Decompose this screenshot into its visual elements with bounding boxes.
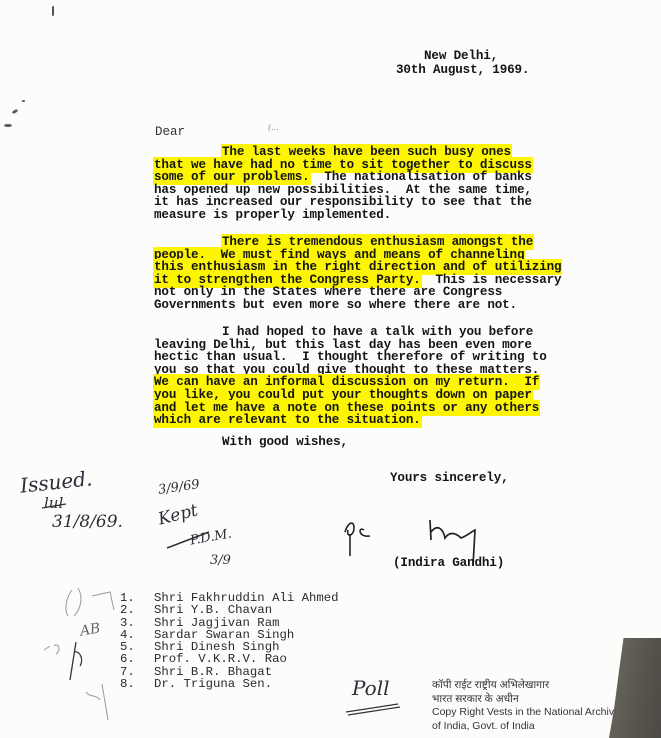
stamp-line-1: कॉपी राईट राष्ट्रीय अभिलेखागार xyxy=(432,679,625,693)
scan-speck xyxy=(4,124,12,127)
signatory-name: (Indira Gandhi) xyxy=(393,557,504,570)
salutation-mark: (... xyxy=(268,123,279,132)
recipient-number: 8. xyxy=(120,678,154,690)
stamp-line-4: of India, Govt. of India xyxy=(432,720,625,734)
recipient-list: 1.Shri Fakhruddin Ali Ahmed2.Shri Y.B. C… xyxy=(120,592,338,690)
paragraph-2: There is tremendous enthusiasm amongst t… xyxy=(154,236,594,312)
highlighted-text: There is tremendous enthusiasm amongst t… xyxy=(222,235,533,249)
stamp-line-3: Copy Right Vests in the National Archive… xyxy=(432,706,625,720)
recipient-item: 2.Shri Y.B. Chavan xyxy=(120,604,338,616)
underline-scribble-icon xyxy=(40,502,70,510)
letter-line: There is tremendous enthusiasm amongst t… xyxy=(154,236,594,249)
complimentary-close: Yours sincerely, xyxy=(390,472,509,485)
note-signature-date: 3/9 xyxy=(210,553,231,568)
issued-date: 31/8/69. xyxy=(52,512,123,532)
initials-scribble-icon xyxy=(340,512,400,562)
recipient-name: Dr. Triguna Sen. xyxy=(154,678,272,690)
letter-line: Governments but even more so where there… xyxy=(154,299,594,312)
note-kept: Kept xyxy=(156,500,200,529)
recipient-name: Shri Y.B. Chavan xyxy=(154,604,272,616)
letter-place: New Delhi, xyxy=(424,50,498,63)
letter-date: 30th August, 1969. xyxy=(396,64,529,77)
recipient-item: 6.Prof. V.K.R.V. Rao xyxy=(120,653,338,665)
salutation: Dear xyxy=(155,125,185,139)
stamp-line-2: भारत सरकार के अधीन xyxy=(432,693,625,707)
issued-note: Issued. xyxy=(19,466,93,497)
poll-note: Poll xyxy=(352,676,389,700)
recipient-item: 8.Dr. Triguna Sen. xyxy=(120,678,338,690)
scan-speck xyxy=(12,109,19,115)
recipient-number: 6. xyxy=(120,653,154,665)
recipient-number: 2. xyxy=(120,604,154,616)
margin-scribbles-icon xyxy=(14,580,124,730)
letter-line: you like, you could put your thoughts do… xyxy=(154,389,594,402)
letter-line: which are relevant to the situation. xyxy=(154,414,594,427)
closing-wish: With good wishes, xyxy=(222,436,348,449)
note-date: 3/9/69 xyxy=(157,477,201,498)
letter-line: measure is properly implemented. xyxy=(154,209,594,222)
letter-text: Governments but even more so where there… xyxy=(154,298,517,312)
highlighted-text: which are relevant to the situation. xyxy=(154,413,421,427)
archive-stamp: कॉपी राईट राष्ट्रीय अभिलेखागार भारत सरका… xyxy=(432,679,625,733)
scan-speck xyxy=(22,100,25,102)
letter-line: The last weeks have been such busy ones xyxy=(154,146,594,159)
letter-page: New Delhi, 30th August, 1969. Dear (... … xyxy=(0,0,661,738)
highlighted-text: The last weeks have been such busy ones xyxy=(222,145,511,159)
highlighted-text: you like, you could put your thoughts do… xyxy=(154,388,532,402)
paragraph-1: The last weeks have been such busy onest… xyxy=(154,146,594,222)
double-underline-icon xyxy=(344,700,404,716)
paragraph-3: I had hoped to have a talk with you befo… xyxy=(154,326,594,427)
scan-speck xyxy=(52,6,54,16)
letter-text: measure is properly implemented. xyxy=(154,208,391,222)
recipient-name: Prof. V.K.R.V. Rao xyxy=(154,653,287,665)
